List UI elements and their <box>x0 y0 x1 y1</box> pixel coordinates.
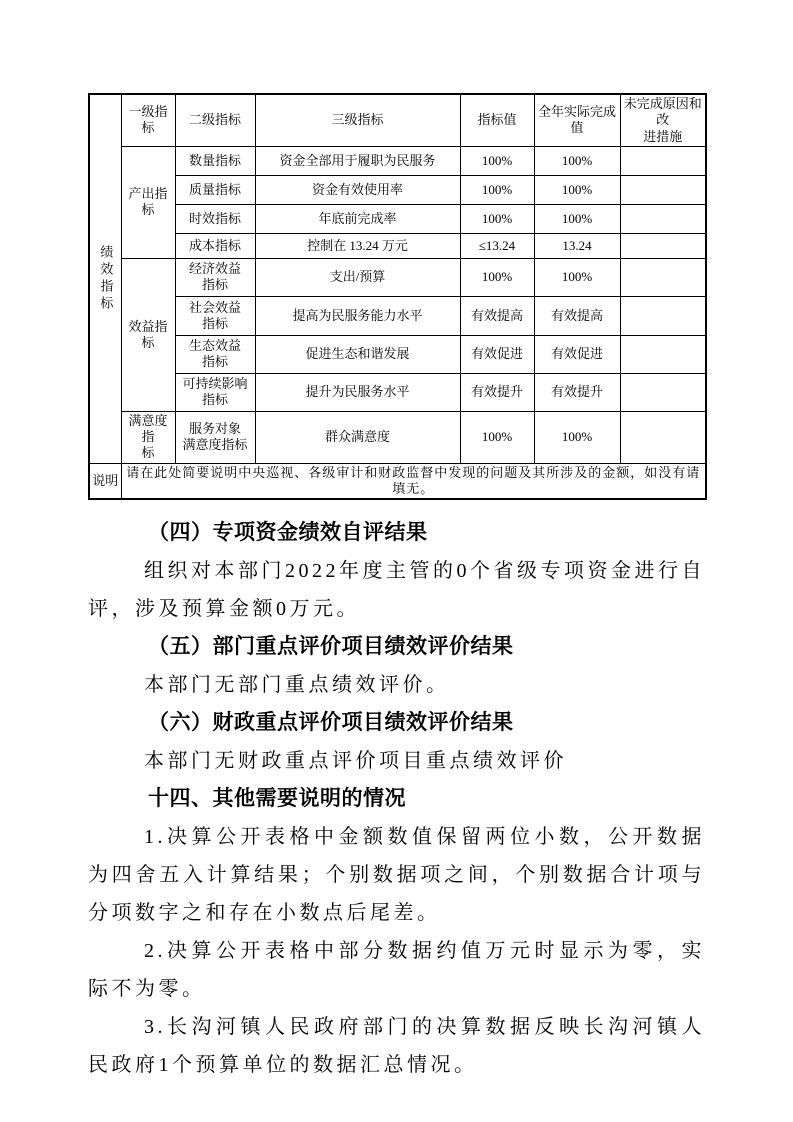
level3-cell: 提升为民服务水平 <box>255 373 460 411</box>
reason-cell <box>620 204 706 233</box>
reason-cell <box>620 411 706 463</box>
col-header-actual: 全年实际完成 值 <box>534 94 620 146</box>
level2-cell: 经济效益 指标 <box>175 258 255 296</box>
level2-cell: 生态效益 指标 <box>175 335 255 373</box>
target-cell: 100% <box>460 258 534 296</box>
actual-cell: 100% <box>534 411 620 463</box>
actual-cell: 100% <box>534 204 620 233</box>
document-body: （四）专项资金绩效自评结果 组织对本部门2022年度主管的0个省级专项资金进行自… <box>88 514 705 1084</box>
section-heading-4: （四）专项资金绩效自评结果 <box>88 514 705 552</box>
paragraph-special-funds: 组织对本部门2022年度主管的0个省级专项资金进行自评，涉及预算金额0万元。 <box>88 552 705 628</box>
table-row: 产出指标 数量指标 资金全部用于履职为民服务 100% 100% <box>89 146 706 175</box>
paragraph-note-1: 1.决算公开表格中金额数值保留两位小数，公开数据为四舍五入计算结果；个别数据项之… <box>88 818 705 932</box>
level3-cell: 资金全部用于履职为民服务 <box>255 146 460 175</box>
performance-indicator-table: 绩效指标 一级指标 二级指标 三级指标 指标值 全年实际完成 值 未完成原因和改… <box>88 93 707 500</box>
target-cell: 100% <box>460 175 534 204</box>
reason-cell <box>620 258 706 296</box>
reason-cell <box>620 296 706 335</box>
table-row: 成本指标 控制在 13.24 万元 ≤13.24 13.24 <box>89 233 706 258</box>
reason-cell <box>620 373 706 411</box>
actual-cell: 有效提高 <box>534 296 620 335</box>
level3-cell: 年底前完成率 <box>255 204 460 233</box>
level2-cell: 成本指标 <box>175 233 255 258</box>
level2-cell: 数量指标 <box>175 146 255 175</box>
col-header-reason: 未完成原因和改 进措施 <box>620 94 706 146</box>
table-row: 质量指标 资金有效使用率 100% 100% <box>89 175 706 204</box>
level2-cell: 社会效益 指标 <box>175 296 255 335</box>
actual-cell: 有效提升 <box>534 373 620 411</box>
note-text-cell: 请在此处简要说明中央巡视、各级审计和财政监督中发现的问题及其所涉及的金额，如没有… <box>121 463 706 499</box>
col-header-target: 指标值 <box>460 94 534 146</box>
col-header-level2: 二级指标 <box>175 94 255 146</box>
actual-cell: 100% <box>534 175 620 204</box>
col-header-level1: 一级指标 <box>121 94 175 146</box>
level3-cell: 提高为民服务能力水平 <box>255 296 460 335</box>
page-content: 绩效指标 一级指标 二级指标 三级指标 指标值 全年实际完成 值 未完成原因和改… <box>88 93 705 1084</box>
level2-cell: 质量指标 <box>175 175 255 204</box>
target-cell: 100% <box>460 411 534 463</box>
table-note-row: 说明 请在此处简要说明中央巡视、各级审计和财政监督中发现的问题及其所涉及的金额，… <box>89 463 706 499</box>
level2-cell: 服务对象 满意度指标 <box>175 411 255 463</box>
table-row: 社会效益 指标 提高为民服务能力水平 有效提高 有效提高 <box>89 296 706 335</box>
actual-cell: 有效促进 <box>534 335 620 373</box>
paragraph-note-2: 2.决算公开表格中部分数据约值万元时显示为零，实际不为零。 <box>88 932 705 1008</box>
paragraph-note-3: 3.长沟河镇人民政府部门的决算数据反映长沟河镇人民政府1个预算单位的数据汇总情况… <box>88 1008 705 1084</box>
table-row: 满意度指 标 服务对象 满意度指标 群众满意度 100% 100% <box>89 411 706 463</box>
level3-cell: 群众满意度 <box>255 411 460 463</box>
reason-cell <box>620 175 706 204</box>
target-cell: 100% <box>460 204 534 233</box>
table-row: 效益指标 经济效益 指标 支出/预算 100% 100% <box>89 258 706 296</box>
note-label-cell: 说明 <box>89 463 121 499</box>
level1-satisfaction-cell: 满意度指 标 <box>121 411 175 463</box>
table-row: 生态效益 指标 促进生态和谐发展 有效促进 有效促进 <box>89 335 706 373</box>
reason-cell <box>620 233 706 258</box>
actual-cell: 100% <box>534 258 620 296</box>
level3-cell: 控制在 13.24 万元 <box>255 233 460 258</box>
table-side-label: 绩效指标 <box>89 94 121 463</box>
col-header-level3: 三级指标 <box>255 94 460 146</box>
level1-output-cell: 产出指标 <box>121 146 175 258</box>
table-row: 可持续影响 指标 提升为民服务水平 有效提升 有效提升 <box>89 373 706 411</box>
level2-cell: 时效指标 <box>175 204 255 233</box>
paragraph-fiscal-evaluation: 本部门无财政重点评价项目重点绩效评价 <box>88 742 705 780</box>
target-cell: 有效提高 <box>460 296 534 335</box>
reason-cell <box>620 335 706 373</box>
table-header-row: 绩效指标 一级指标 二级指标 三级指标 指标值 全年实际完成 值 未完成原因和改… <box>89 94 706 146</box>
level3-cell: 资金有效使用率 <box>255 175 460 204</box>
paragraph-dept-evaluation: 本部门无部门重点绩效评价。 <box>88 666 705 704</box>
level1-benefit-cell: 效益指标 <box>121 258 175 411</box>
actual-cell: 100% <box>534 146 620 175</box>
section-heading-5: （五）部门重点评价项目绩效评价结果 <box>88 628 705 666</box>
level3-cell: 促进生态和谐发展 <box>255 335 460 373</box>
target-cell: 有效提升 <box>460 373 534 411</box>
level3-cell: 支出/预算 <box>255 258 460 296</box>
table-row: 时效指标 年底前完成率 100% 100% <box>89 204 706 233</box>
actual-cell: 13.24 <box>534 233 620 258</box>
target-cell: 有效促进 <box>460 335 534 373</box>
level2-cell: 可持续影响 指标 <box>175 373 255 411</box>
section-heading-6: （六）财政重点评价项目绩效评价结果 <box>88 704 705 742</box>
target-cell: 100% <box>460 146 534 175</box>
document-page: 绩效指标 一级指标 二级指标 三级指标 指标值 全年实际完成 值 未完成原因和改… <box>0 0 793 1122</box>
section-heading-14: 十四、其他需要说明的情况 <box>88 780 705 818</box>
reason-cell <box>620 146 706 175</box>
target-cell: ≤13.24 <box>460 233 534 258</box>
